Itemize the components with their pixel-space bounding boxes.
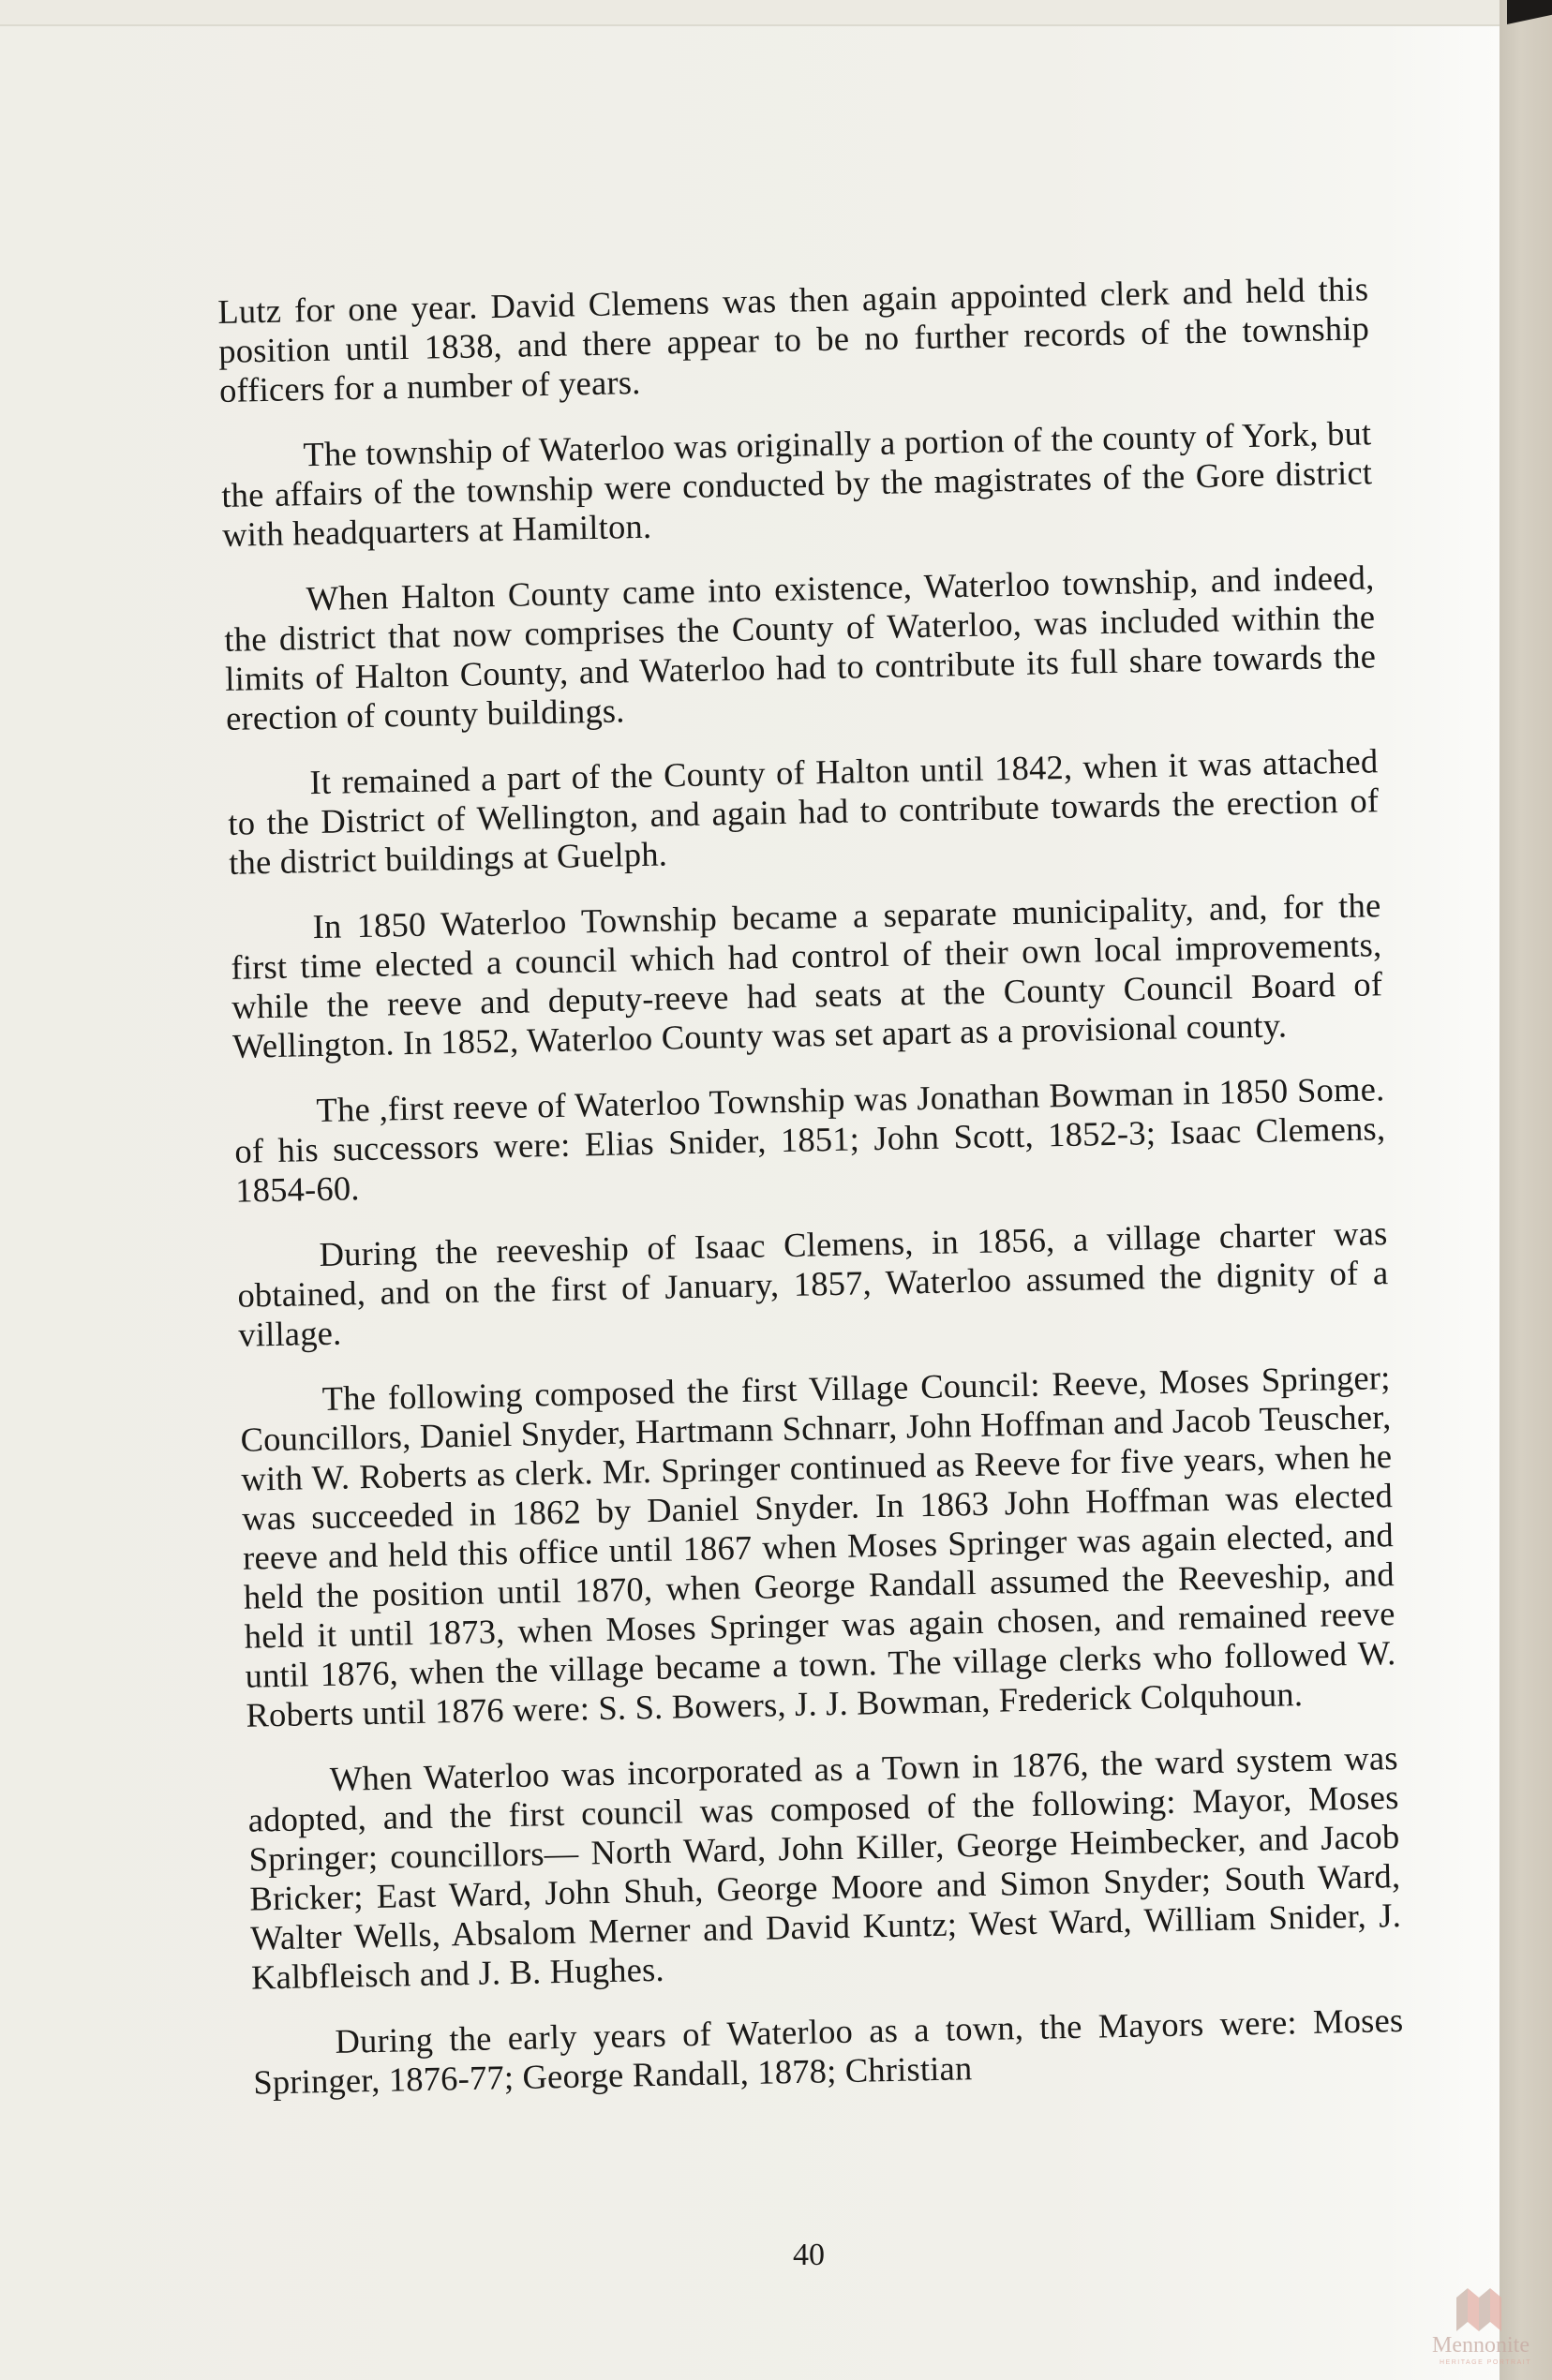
paragraph-7: During the reeveship of Isaac Clemens, i… — [236, 1213, 1389, 1355]
paragraph-4: It remained a part of the County of Halt… — [227, 741, 1380, 883]
mennonite-m-logo-icon — [1456, 2284, 1524, 2333]
paragraph-9: When Waterloo was incorporated as a Town… — [246, 1738, 1402, 1998]
watermark-subtitle: HERITAGE PORTRAIT — [1440, 2359, 1552, 2366]
paragraph-8: The following composed the first Village… — [239, 1358, 1396, 1735]
paragraph-3: When Halton County came into existence, … — [223, 558, 1377, 738]
watermark-name: Mennonite — [1432, 2333, 1545, 2358]
paragraph-6: The ,first reeve of Waterloo Township wa… — [233, 1069, 1386, 1211]
body-text: Lutz for one year. David Clemens was the… — [217, 269, 1405, 2128]
scanned-page: Lutz for one year. David Clemens was the… — [0, 0, 1500, 2380]
page-top-fold — [0, 0, 1500, 26]
paragraph-2: The township of Waterloo was originally … — [220, 413, 1373, 555]
paragraph-1: Lutz for one year. David Clemens was the… — [217, 269, 1370, 410]
watermark: Mennonite HERITAGE PORTRAIT — [1432, 2284, 1535, 2378]
page-number: 40 — [793, 2238, 825, 2273]
paragraph-10: During the early years of Waterloo as a … — [252, 2001, 1404, 2103]
book-spine-edge — [1500, 0, 1552, 2380]
paragraph-5: In 1850 Waterloo Township became a separ… — [230, 885, 1383, 1066]
